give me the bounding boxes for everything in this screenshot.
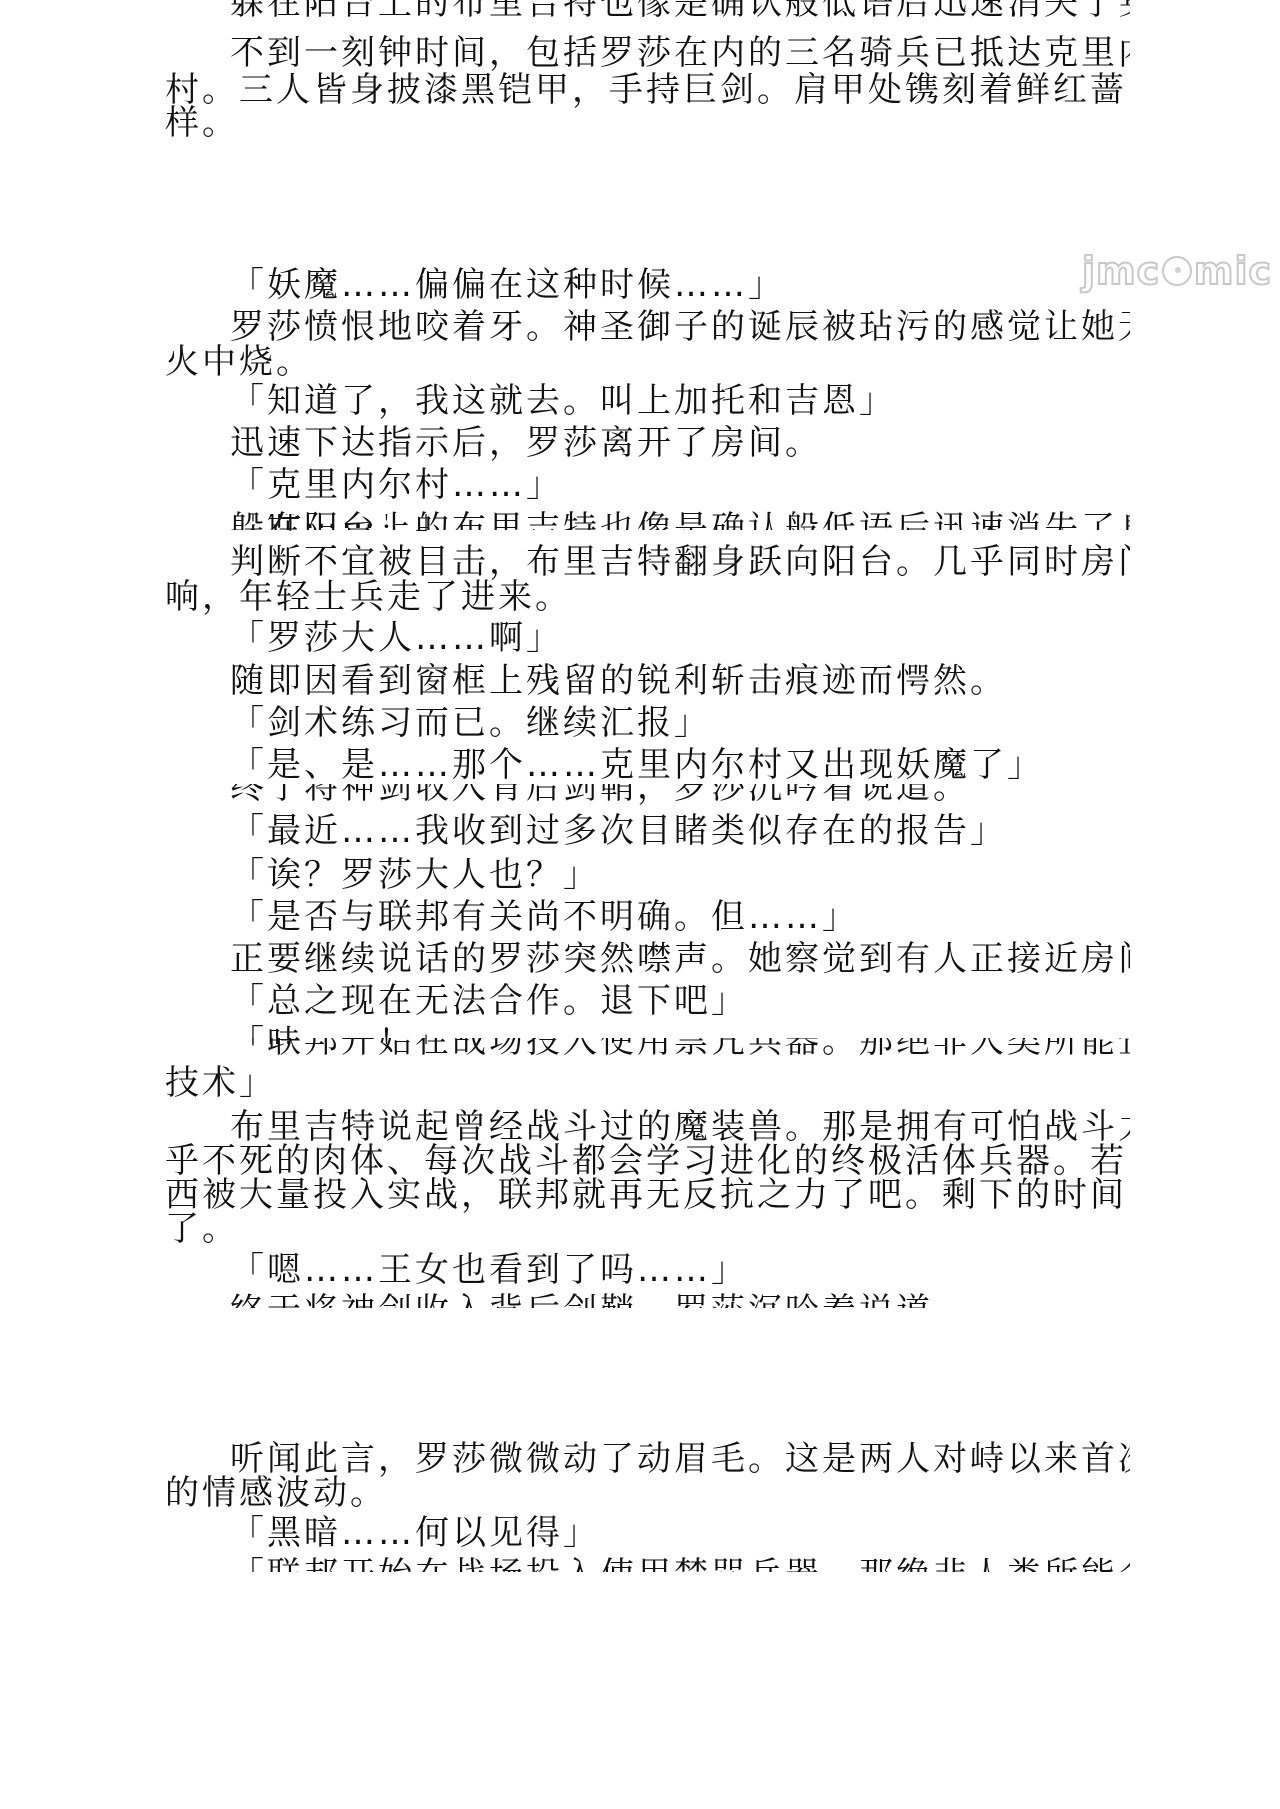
paragraph-line: 西被大量投入实战，联邦就再无反抗之力了吧。剩下的时间不多 [165,1176,1125,1214]
paragraph-line: 火中烧。 [165,343,1125,381]
dialogue-line: 「总之现在无法合作。退下吧」 [230,982,1130,1020]
dialogue-line: 「是否与联邦有关尚不明确。但……」 [230,898,1130,936]
paragraph-line: 响，年轻士兵走了进来。 [165,578,1125,616]
paragraph-line: 听闻此言，罗莎微微动了动眉毛。这是两人对峙以来首次显现 [230,1440,1130,1478]
novel-page: 躲在阳台上的布里吉特也像是确认般低语后迅速消失了身影。 不到一刻钟时间，包括罗莎… [0,0,1280,1809]
dialogue-line-clipped: 「联邦开始在战场投入使用禁咒兵器。那绝非人类所能企及的 [230,1556,1130,1572]
paragraph-line: 的情感波动。 [165,1474,1125,1512]
paragraph-line: 样。 [165,104,1125,142]
dialogue-line: 「诶？罗莎大人也？」 [230,856,1130,894]
paragraph-line: 不到一刻钟时间，包括罗莎在内的三名骑兵已抵达克里内尔 [230,34,1130,72]
watermark-text-right: mic [1194,250,1272,292]
paragraph-line: 判断不宜被目击，布里吉特翻身跃向阳台。几乎同时房门被敲 [230,543,1130,581]
paragraph-line: 技术」 [165,1064,1125,1102]
dialogue-line-clipped: 「砰……！」 [230,514,1130,532]
dialogue-line: 「最近……我收到过多次目睹类似存在的报告」 [230,812,1130,850]
text-line-clipped: 终于将神剑收入背后剑鞘，罗莎沉吟着说道 [230,1292,1130,1308]
dialogue-line: 「剑术练习而已。继续汇报」 [230,704,1130,742]
paragraph-line: 迅速下达指示后，罗莎离开了房间。 [230,424,1130,462]
text-line-clipped: 终于将神剑收入背后剑鞘，罗莎沉吟着说道。 [230,784,1130,806]
dialogue-line: 「是、是……那个……克里内尔村又出现妖魔了」 [230,746,1130,784]
paragraph-line: 布里吉特说起曾经战斗过的魔装兽。那是拥有可怕战斗力与近 [230,1108,1130,1146]
paragraph-line: 乎不死的肉体、每次战斗都会学习进化的终极活体兵器。若那些东 [165,1142,1125,1180]
dialogue-line: 「克里内尔村……」 [230,466,1130,504]
dialogue-line: 「妖魔……偏偏在这种时候……」 [230,266,1130,304]
text-line-clipped: 躲在阳台上的布里吉特也像是确认般低语后迅速消失了身影。 [230,0,1130,22]
paragraph-line: 随即因看到窗框上残留的锐利斩击痕迹而愕然。 [230,662,1130,700]
paragraph-line: 罗莎愤恨地咬着牙。神圣御子的诞辰被玷污的感觉让她无端怒 [230,308,1130,346]
paragraph-line: 正要继续说话的罗莎突然噤声。她察觉到有人正接近房间。 [230,940,1130,978]
paragraph-line: 了。 [165,1210,1125,1248]
dialogue-line: 「嗯……王女也看到了吗……」 [230,1251,1130,1289]
dialogue-line: 「罗莎大人……啊」 [230,619,1130,657]
dialogue-line-clipped: 「联邦开始在战场投入使用禁咒兵器。那绝非人类所能企及的 [230,1038,1130,1062]
dialogue-line: 「黑暗……何以见得」 [230,1514,1130,1552]
dialogue-line: 「知道了，我这就去。叫上加托和吉恩」 [230,382,1130,420]
mascot-face-icon [1162,256,1192,286]
